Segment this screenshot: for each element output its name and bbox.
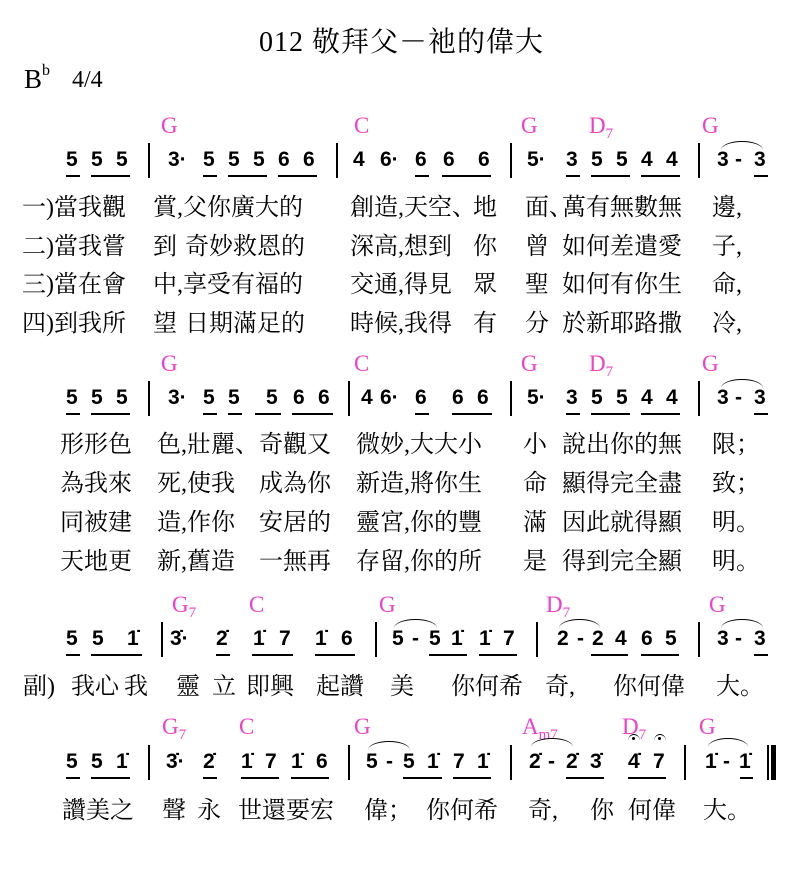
chord-label: D7 xyxy=(546,593,570,620)
chord-label: G xyxy=(161,352,178,379)
lyric-segment: 立 xyxy=(212,675,236,699)
key-tonic: B xyxy=(24,66,42,93)
fermata-icon xyxy=(654,734,666,741)
note: 5 xyxy=(91,387,103,408)
barline xyxy=(698,622,700,657)
tie-arc-icon xyxy=(531,738,573,747)
note: 5 xyxy=(591,387,603,408)
chord-root: G xyxy=(379,592,396,617)
lyric-segment: 明。 xyxy=(712,511,760,535)
note: 1̇ xyxy=(291,751,303,772)
lyric-segment: 邊, xyxy=(712,196,742,220)
lyric-segment: 致； xyxy=(712,472,760,496)
beam-underline xyxy=(228,175,267,177)
barline xyxy=(684,745,686,780)
beam-underline xyxy=(216,654,230,656)
note: 3̇ xyxy=(590,751,602,772)
note: 7 xyxy=(653,751,665,772)
note: 3 xyxy=(717,387,729,408)
barline xyxy=(148,381,150,416)
tie-arc-icon xyxy=(559,619,600,628)
chord-label: G xyxy=(702,114,719,141)
lyric-segment: 我心 xyxy=(71,675,119,699)
lyric-segment: 形形色 xyxy=(60,433,132,457)
beam-underline xyxy=(66,175,80,177)
note: 5 xyxy=(403,751,415,772)
note: 6· xyxy=(380,387,399,408)
beam-underline xyxy=(291,777,329,779)
chord-root: G xyxy=(709,592,726,617)
beam-underline xyxy=(203,413,217,415)
chord-label: G xyxy=(354,715,371,742)
note: 5 xyxy=(92,628,104,649)
lyric-segment: 賞,父你廣大的 xyxy=(153,196,303,220)
beam-underline xyxy=(241,777,279,779)
chord-root: D xyxy=(589,351,606,376)
lyric-segment: 奇妙救恩的 xyxy=(185,235,305,259)
note: 5 xyxy=(66,628,78,649)
lyric-segment: 起讚 xyxy=(316,675,364,699)
beam-underline xyxy=(591,654,628,656)
beam-underline xyxy=(479,654,517,656)
note: 5 xyxy=(116,149,128,170)
lyric-segment: 奇, xyxy=(528,799,558,823)
note: 7 xyxy=(279,628,291,649)
note: 4 xyxy=(641,149,653,170)
lyric-segment: 我 xyxy=(124,675,148,699)
beam-underline xyxy=(641,175,680,177)
lyric-segment: 安居的 xyxy=(259,511,331,535)
chord-root: G xyxy=(161,351,178,376)
note: 3 xyxy=(717,149,729,170)
note: 6 xyxy=(293,387,305,408)
chord-label: G xyxy=(521,114,538,141)
note-extension-dash: - xyxy=(577,628,584,649)
barline xyxy=(348,745,350,780)
lyric-segment: 大。 xyxy=(716,675,764,699)
lyric-segment: 靈 xyxy=(176,675,200,699)
note: 2̇ xyxy=(216,628,228,649)
lyric-segment: 一)當我觀 xyxy=(22,196,126,220)
note: 5 xyxy=(66,149,78,170)
chord-label: G xyxy=(699,715,716,742)
lyric-segment: 即興 xyxy=(246,675,294,699)
lyric-segment: 二)當我嘗 xyxy=(22,235,126,259)
lyric-segment: 色,壯麗、 xyxy=(157,433,259,457)
note: 6 xyxy=(478,149,490,170)
key-accidental: b xyxy=(42,63,50,79)
beam-underline xyxy=(315,654,355,656)
tie-arc-icon xyxy=(368,741,410,750)
lyric-segment: 冷, xyxy=(712,312,742,336)
barline xyxy=(698,381,700,416)
note: 1̇ xyxy=(705,751,717,772)
barline xyxy=(510,381,512,416)
chord-root: A xyxy=(522,714,539,739)
beam-underline xyxy=(292,413,333,415)
beam-underline xyxy=(91,654,142,656)
lyric-segment: 中,享受有福的 xyxy=(153,273,303,297)
lyric-segment: 得到完全顯 xyxy=(562,550,682,574)
note-extension-dash: - xyxy=(723,751,730,772)
note-extension-dash: - xyxy=(735,149,742,170)
time-signature: 4/4 xyxy=(72,68,103,92)
note: 7 xyxy=(503,628,515,649)
lyric-segment: 萬有無數無 xyxy=(562,196,682,220)
lyric-segment: 永 xyxy=(197,799,221,823)
lyric-segment: 如何有你生 xyxy=(562,273,682,297)
lyric-segment: 命, xyxy=(712,273,742,297)
note: 6 xyxy=(443,149,455,170)
lyric-segment: 何偉 xyxy=(628,799,676,823)
lyric-segment: 一無再 xyxy=(259,550,331,574)
beam-underline xyxy=(255,413,281,415)
note: 5 xyxy=(116,387,128,408)
note: 5 xyxy=(616,387,628,408)
chord-extension: 7 xyxy=(189,605,197,621)
lyric-segment: 副) xyxy=(23,675,55,699)
lyric-segment: 四)到我所 xyxy=(22,312,126,336)
note: 6 xyxy=(452,387,464,408)
chord-root: G xyxy=(172,592,189,617)
note: 1̇ xyxy=(116,751,128,772)
lyric-segment: 因此就得顯 xyxy=(562,511,682,535)
beam-underline xyxy=(203,175,217,177)
note: 3 xyxy=(566,387,578,408)
lyric-segment: 成為你 xyxy=(259,472,331,496)
note: 1̇ xyxy=(241,751,253,772)
chord-root: G xyxy=(354,714,371,739)
note: 5 xyxy=(366,751,378,772)
note: 6 xyxy=(303,149,315,170)
beam-underline xyxy=(453,777,491,779)
note: 5 xyxy=(91,751,103,772)
chord-label: G7 xyxy=(172,593,196,620)
note: 5· xyxy=(527,387,546,408)
lyric-segment: 顯得完全盡 xyxy=(562,472,682,496)
beam-underline xyxy=(754,175,768,177)
barline xyxy=(148,745,150,780)
note: 5 xyxy=(203,149,215,170)
final-barline-thin xyxy=(767,745,769,780)
lyric-segment: 美 xyxy=(390,675,414,699)
chord-label: C xyxy=(249,593,264,620)
beam-underline xyxy=(566,777,604,779)
note-extension-dash: - xyxy=(412,628,419,649)
chord-extension: 7 xyxy=(606,364,614,380)
lyric-segment: 限； xyxy=(712,433,760,457)
chord-label: C xyxy=(239,715,254,742)
note: 6 xyxy=(318,387,330,408)
lyric-segment: 天地更 xyxy=(60,550,132,574)
note: 3 xyxy=(754,387,766,408)
beam-underline xyxy=(415,413,429,415)
lyric-segment: 明。 xyxy=(712,550,760,574)
lyric-segment: 命 xyxy=(523,472,547,496)
lyric-segment: 分 xyxy=(525,312,549,336)
chord-label: C xyxy=(354,114,369,141)
lyric-segment: 死,使我 xyxy=(157,472,235,496)
beam-underline xyxy=(91,777,130,779)
beam-underline xyxy=(740,777,753,779)
beam-underline xyxy=(566,175,580,177)
lyric-segment: 滿 xyxy=(523,511,547,535)
lyric-segment: 讚美之 xyxy=(62,799,134,823)
beam-underline xyxy=(203,777,217,779)
note: 5 xyxy=(392,628,404,649)
lyric-segment: 小 xyxy=(523,433,547,457)
chord-root: G xyxy=(702,113,719,138)
note: 5 xyxy=(66,751,78,772)
beam-underline xyxy=(403,777,442,779)
note: 3 xyxy=(754,149,766,170)
chord-extension: 7 xyxy=(179,727,187,743)
lyric-segment: 存留,你的所 xyxy=(356,550,482,574)
lyric-segment: 你何希 xyxy=(426,799,498,823)
lyric-segment: 靈宮,你的豐 xyxy=(356,511,482,535)
note: 4 xyxy=(615,628,627,649)
song-title: 012 敬拜父－祂的偉大 xyxy=(0,29,803,57)
chord-label: G xyxy=(709,593,726,620)
note: 7 xyxy=(453,751,465,772)
lyric-segment: 為我來 xyxy=(60,472,132,496)
tie-arc-icon xyxy=(394,619,437,628)
note: 2̇ xyxy=(566,751,578,772)
chord-label: G xyxy=(161,114,178,141)
note: 6 xyxy=(278,149,290,170)
barline xyxy=(510,143,512,178)
tie-arc-icon xyxy=(708,738,748,747)
note: 5 xyxy=(665,628,677,649)
note: 6 xyxy=(415,149,427,170)
note: 3 xyxy=(566,149,578,170)
lyric-segment: 地 xyxy=(473,196,497,220)
note: 5 xyxy=(203,387,215,408)
lyric-segment: 奇觀又 xyxy=(259,433,331,457)
beam-underline xyxy=(628,777,666,779)
note: 5· xyxy=(527,149,546,170)
note-extension-dash: - xyxy=(548,751,555,772)
beam-underline xyxy=(591,413,630,415)
beam-underline xyxy=(566,413,580,415)
note: 1̇ xyxy=(479,628,491,649)
note: 4 xyxy=(361,387,373,408)
lyric-segment: 你 xyxy=(590,799,614,823)
beam-underline xyxy=(278,175,317,177)
beam-underline xyxy=(228,413,242,415)
lyric-segment: 創造,天空、 xyxy=(350,196,476,220)
note: 6 xyxy=(641,628,653,649)
note: 2 xyxy=(557,628,569,649)
note: 4 xyxy=(666,387,678,408)
note: 3 xyxy=(717,628,729,649)
lyric-segment: 說出你的無 xyxy=(562,433,682,457)
beam-underline xyxy=(66,777,80,779)
lyric-segment: 是 xyxy=(523,550,547,574)
lyric-segment: 微妙,大大小 xyxy=(356,433,482,457)
beam-underline xyxy=(66,413,80,415)
lyric-segment: 新,舊造 xyxy=(157,550,235,574)
barline xyxy=(698,143,700,178)
final-barline-thick xyxy=(771,745,776,780)
barline xyxy=(336,143,338,178)
tie-arc-icon xyxy=(721,141,763,150)
note: 1̇ xyxy=(315,628,327,649)
lyric-segment: 新造,將你生 xyxy=(356,472,482,496)
chord-root: C xyxy=(354,351,369,376)
barline xyxy=(536,622,538,657)
tie-arc-icon xyxy=(721,379,763,388)
barline xyxy=(348,381,350,416)
lyric-segment: 子, xyxy=(712,235,742,259)
beam-underline xyxy=(452,413,492,415)
beam-underline xyxy=(754,413,768,415)
lyric-segment: 聖 xyxy=(525,273,549,297)
chord-root: G xyxy=(702,351,719,376)
barline xyxy=(148,143,150,178)
beam-underline xyxy=(641,654,679,656)
note: 6 xyxy=(341,628,353,649)
note: 3 xyxy=(754,628,766,649)
note: 4 xyxy=(666,149,678,170)
note: 3· xyxy=(168,387,187,408)
note: 6 xyxy=(316,751,328,772)
chord-root: D xyxy=(546,592,563,617)
note: 2 xyxy=(592,628,604,649)
lyric-segment: 時候,我得 xyxy=(350,312,452,336)
lyric-segment: 奇, xyxy=(545,675,575,699)
note: 1̇ xyxy=(739,751,751,772)
note: 5 xyxy=(228,387,240,408)
barline xyxy=(161,622,163,657)
note: 6 xyxy=(477,387,489,408)
lyric-segment: 大。 xyxy=(703,799,751,823)
chord-root: C xyxy=(249,592,264,617)
note: 3· xyxy=(168,149,187,170)
chord-root: G xyxy=(699,714,716,739)
note: 1̇ xyxy=(451,628,463,649)
beam-underline xyxy=(415,175,429,177)
chord-label: D7 xyxy=(589,352,613,379)
lyric-segment: 同被建 xyxy=(60,511,132,535)
note: 5 xyxy=(66,387,78,408)
note: 3̇· xyxy=(170,628,189,649)
lyric-segment: 深高,想到 xyxy=(350,235,452,259)
lyric-segment: 你何希 xyxy=(451,675,523,699)
chord-root: G xyxy=(161,113,178,138)
fermata-icon xyxy=(628,734,640,741)
note-extension-dash: - xyxy=(735,628,742,649)
beam-underline xyxy=(429,654,467,656)
note: 1̇ xyxy=(427,751,439,772)
beam-underline xyxy=(442,175,491,177)
note: 5 xyxy=(91,149,103,170)
note: 1̇ xyxy=(127,628,139,649)
beam-underline xyxy=(641,413,680,415)
note: 4 xyxy=(641,387,653,408)
note-extension-dash: - xyxy=(735,387,742,408)
chord-label: G7 xyxy=(162,715,186,742)
note: 1̇ xyxy=(253,628,265,649)
chord-root: D xyxy=(589,113,606,138)
beam-underline xyxy=(91,413,130,415)
note: 5 xyxy=(266,387,278,408)
barline xyxy=(375,622,377,657)
lyric-segment: 偉； xyxy=(364,799,412,823)
barline xyxy=(510,745,512,780)
note: 3̇· xyxy=(166,751,185,772)
tie-arc-icon xyxy=(721,619,763,628)
chord-root: C xyxy=(354,113,369,138)
lyric-segment: 於新耶路撒 xyxy=(562,312,682,336)
lyric-segment: 如何差遣愛 xyxy=(562,235,682,259)
lyric-segment: 日期滿足的 xyxy=(185,312,305,336)
lyric-segment: 你何偉 xyxy=(613,675,685,699)
note: 4 xyxy=(353,149,365,170)
lyric-segment: 造,作你 xyxy=(157,511,235,535)
note: 5 xyxy=(253,149,265,170)
note: 7 xyxy=(265,751,277,772)
chord-label: D7 xyxy=(589,114,613,141)
lyric-segment: 你 xyxy=(473,235,497,259)
note: 4̇ xyxy=(628,751,640,772)
lyric-segment: 曾 xyxy=(525,235,549,259)
lyric-segment: 眾 xyxy=(473,273,497,297)
lyric-segment: 有 xyxy=(473,312,497,336)
note: 6 xyxy=(415,387,427,408)
chord-label: G xyxy=(521,352,538,379)
chord-root: G xyxy=(521,113,538,138)
beam-underline xyxy=(591,175,630,177)
note: 5 xyxy=(228,149,240,170)
note: 6· xyxy=(380,149,399,170)
beam-underline xyxy=(66,654,80,656)
lyric-segment: 望 xyxy=(153,312,177,336)
lyric-segment: 聲 xyxy=(162,799,186,823)
note: 5 xyxy=(591,149,603,170)
lyric-segment: 三)當在會 xyxy=(22,273,126,297)
chord-extension: 7 xyxy=(606,126,614,142)
chord-root: G xyxy=(521,351,538,376)
chord-root: G xyxy=(162,714,179,739)
note: 2̇ xyxy=(203,751,215,772)
beam-underline xyxy=(252,654,293,656)
note: 1̇ xyxy=(477,751,489,772)
chord-label: G xyxy=(702,352,719,379)
note: 2̇ xyxy=(529,751,541,772)
beam-underline xyxy=(91,175,130,177)
beam-underline xyxy=(754,654,768,656)
chord-label: C xyxy=(354,352,369,379)
lyric-segment: 交通,得見 xyxy=(350,273,452,297)
note: 5 xyxy=(616,149,628,170)
note-extension-dash: - xyxy=(386,751,393,772)
chord-label: G xyxy=(379,593,396,620)
note: 5 xyxy=(429,628,441,649)
chord-root: C xyxy=(239,714,254,739)
chord-extension: 7 xyxy=(563,605,571,621)
lyric-segment: 世還要宏 xyxy=(238,799,334,823)
lyric-segment: 到 xyxy=(153,235,177,259)
